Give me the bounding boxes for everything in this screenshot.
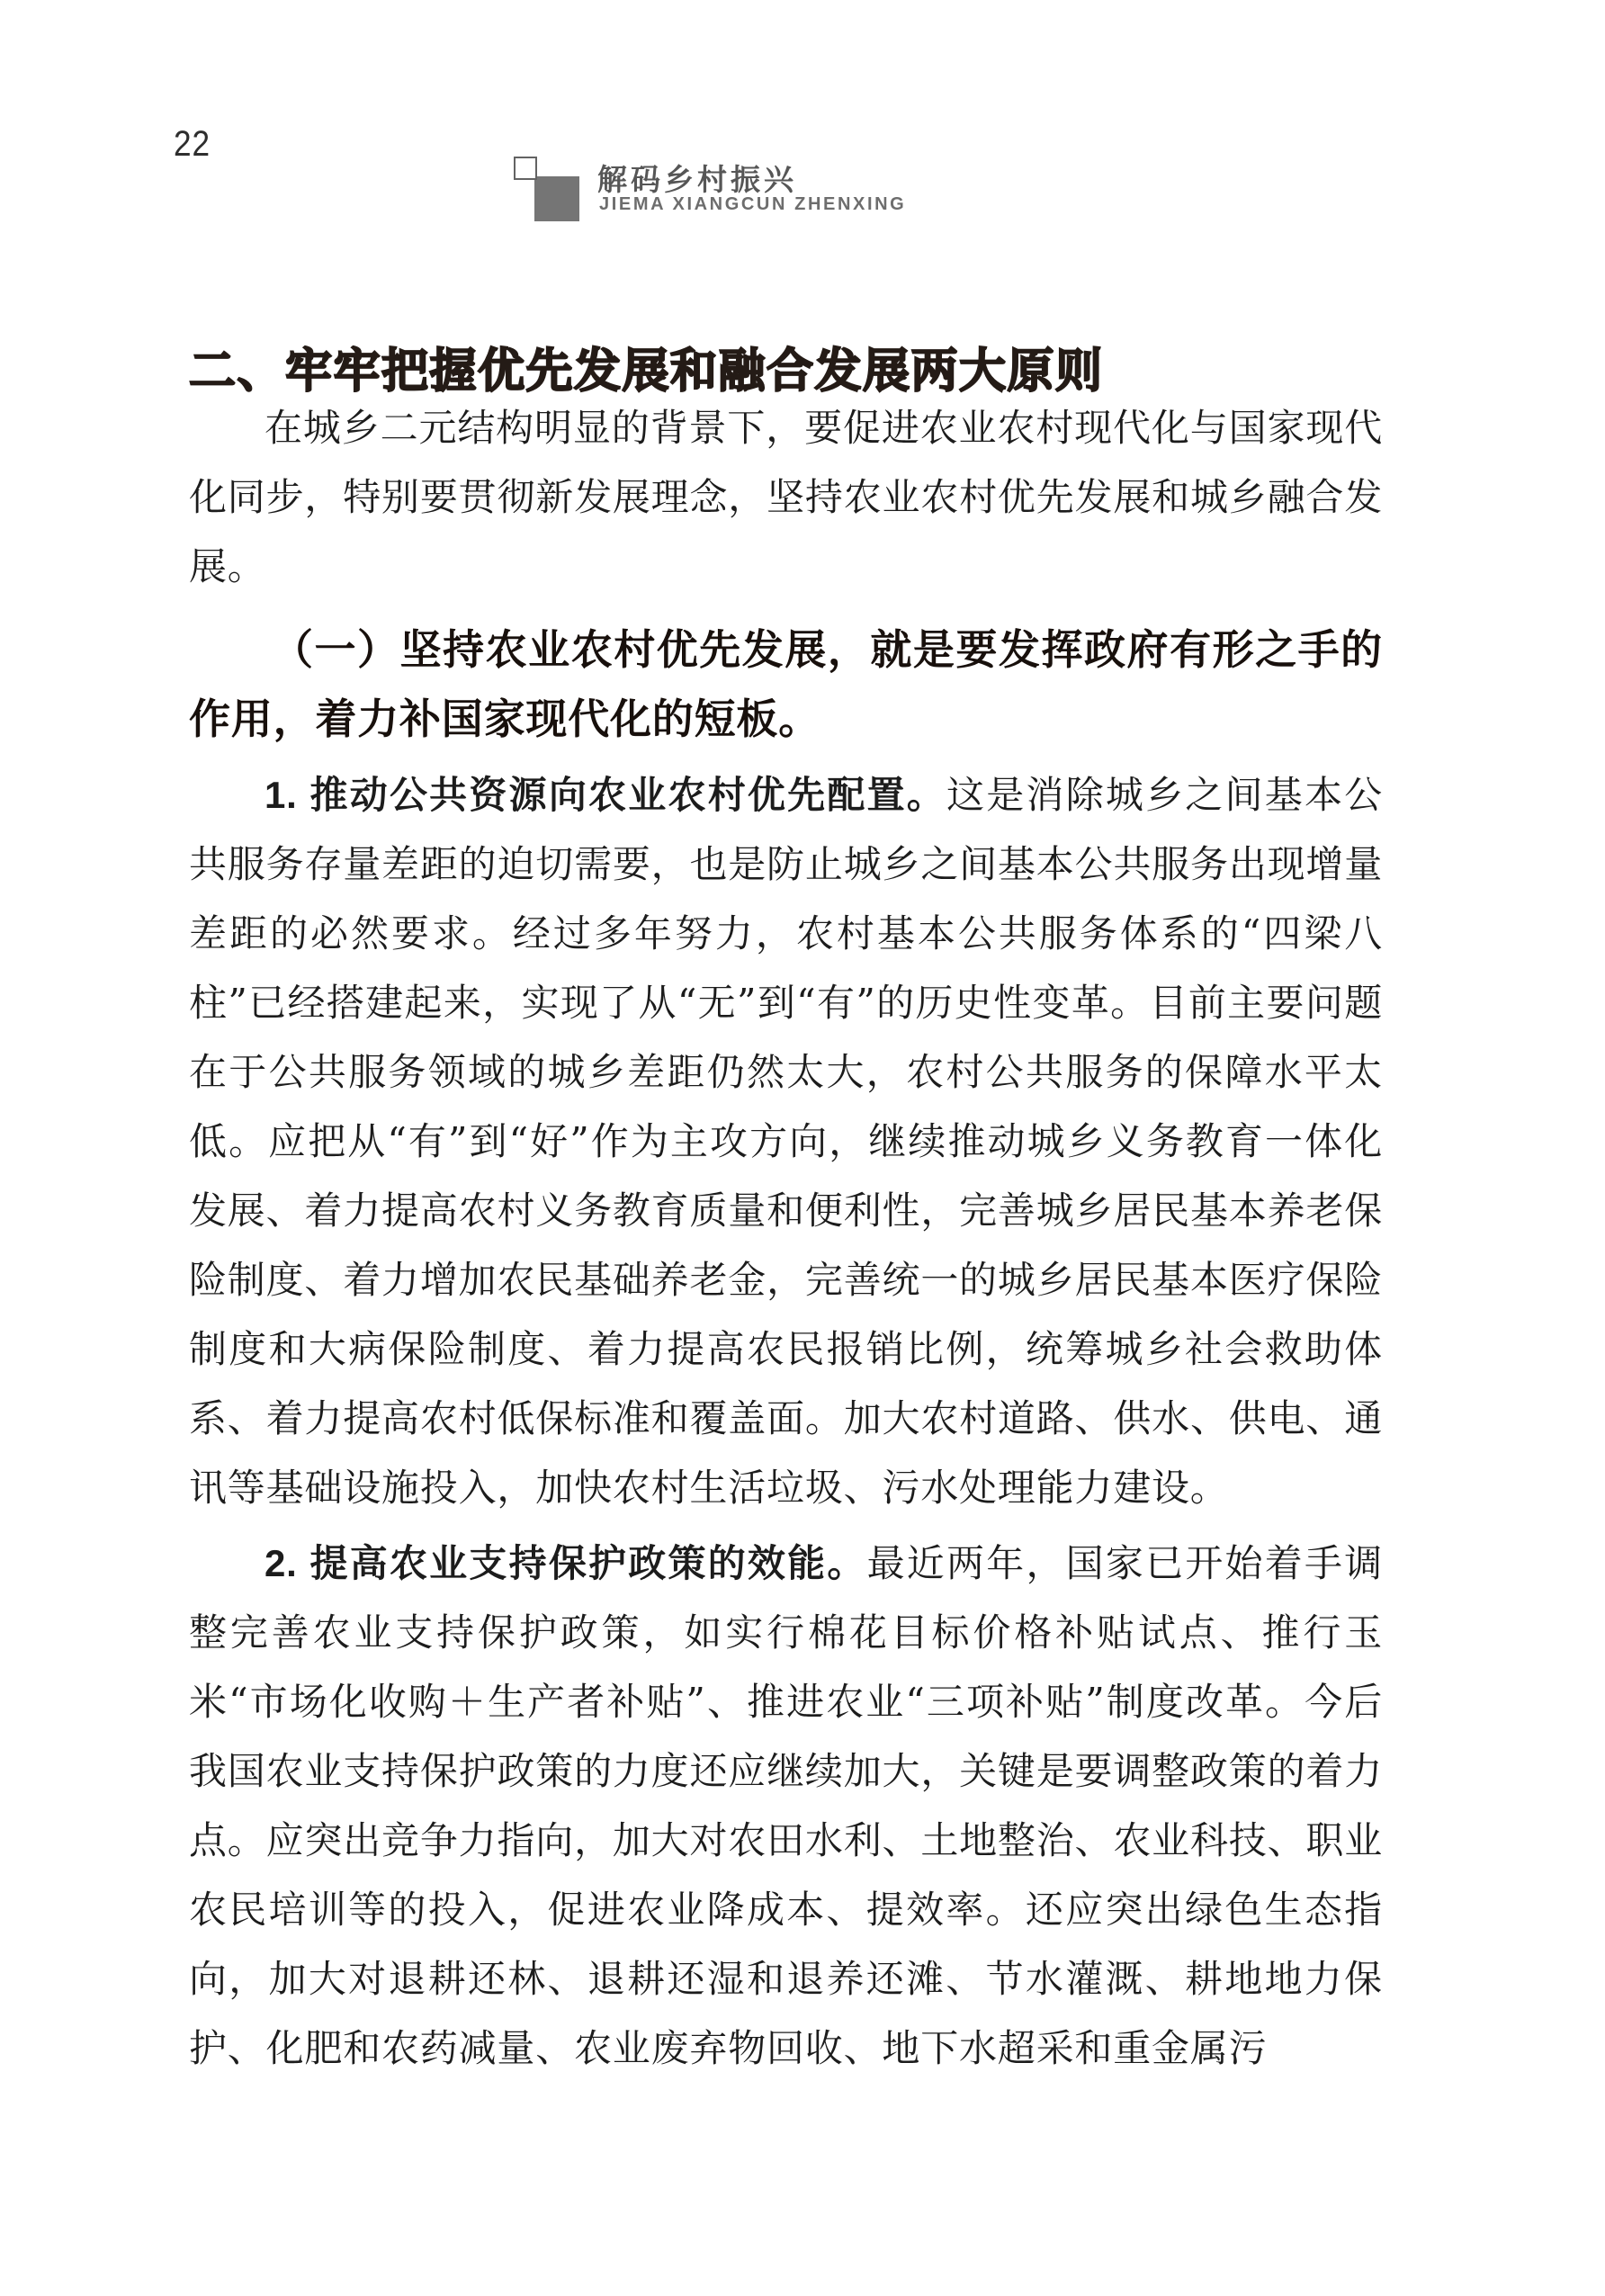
page-number: 22: [174, 124, 211, 165]
section-heading: 二、牢牢把握优先发展和融合发展两大原则: [189, 345, 1104, 399]
paragraph-4: 2. 提高农业支持保护政策的效能。最近两年，国家已开始着手调整完善农业支持保护政…: [189, 1529, 1383, 2083]
logo-outline-square-icon: [514, 157, 537, 180]
paragraph-2: （一）坚持农业农村优先发展，就是要发挥政府有形之手的作用，着力补国家现代化的短板…: [189, 615, 1383, 754]
logo-filled-square-icon: [534, 176, 579, 221]
paragraph-lead-bold: 2. 提高农业支持保护政策的效能。: [265, 1542, 867, 1584]
paragraph-text: 在城乡二元结构明显的背景下，要促进农业农村现代化与国家现代化同步，特别要贯彻新发…: [189, 406, 1383, 588]
paragraph-lead-bold: （一）坚持农业农村优先发展，就是要发挥政府有形之手的作用，着力补国家现代化的短板…: [189, 625, 1383, 743]
logo-title-chinese: 解码乡村振兴: [597, 157, 797, 199]
paragraph-text: 最近两年，国家已开始着手调整完善农业支持保护政策，如实行棉花目标价格补贴试点、推…: [189, 1541, 1383, 2070]
book-logo: 解码乡村振兴 JIEMA XIANGCUN ZHENXING: [514, 157, 892, 229]
paragraph-text: 这是消除城乡之间基本公共服务存量差距的迫切需要，也是防止城乡之间基本公共服务出现…: [189, 773, 1383, 1510]
logo-subtitle-pinyin: JIEMA XIANGCUN ZHENXING: [599, 194, 906, 215]
book-page: 22 解码乡村振兴 JIEMA XIANGCUN ZHENXING 二、牢牢把握…: [0, 0, 1605, 2296]
paragraph-1: 在城乡二元结构明显的背景下，要促进农业农村现代化与国家现代化同步，特别要贯彻新发…: [189, 393, 1383, 601]
body-text: 在城乡二元结构明显的背景下，要促进农业农村现代化与国家现代化同步，特别要贯彻新发…: [189, 393, 1383, 2083]
paragraph-3: 1. 推动公共资源向农业农村优先配置。这是消除城乡之间基本公共服务存量差距的迫切…: [189, 760, 1383, 1522]
paragraph-lead-bold: 1. 推动公共资源向农业农村优先配置。: [265, 774, 946, 816]
